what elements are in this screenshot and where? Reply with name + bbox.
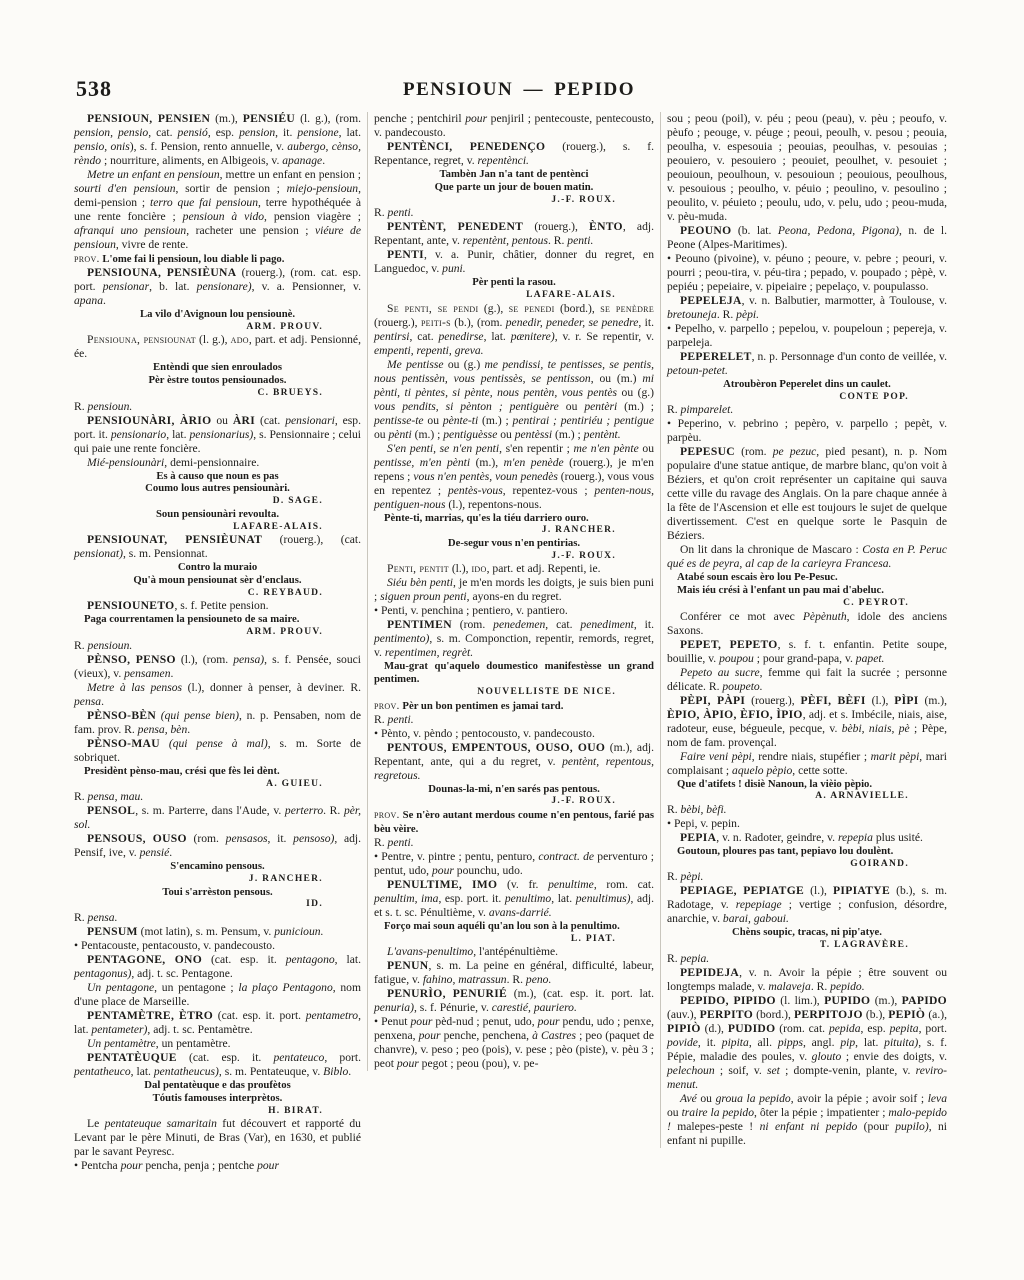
quote-line: Paga courrentamen la pensiouneto de sa m… xyxy=(74,613,361,626)
column-3: sou ; peou (poil), v. péu ; peou (peau),… xyxy=(660,112,947,1148)
dictionary-paragraph: • Pentcha pour pencha, penja ; pentche p… xyxy=(74,1159,361,1173)
quote-attribution: J.-F. ROUX. xyxy=(374,550,654,563)
dictionary-entry-paragraph: PENSIOUNA, PENSIÈUNA (rouerg.), (rom. ca… xyxy=(74,266,361,308)
dictionary-entry-paragraph: PÈNSO-BÈN (qui pense bien), n. p. Pensab… xyxy=(74,709,361,737)
dictionary-paragraph: • Pepelho, v. parpello ; pepelou, v. pou… xyxy=(667,322,947,350)
verse-line: Atroubèron Peperelet dins un caulet. xyxy=(667,378,947,391)
dictionary-entry-paragraph: Se penti, se pendi (g.), se penedi (bord… xyxy=(374,302,654,358)
verse-line: Dounas-la-mi, n'en sarés pas pentous. xyxy=(374,783,654,796)
dictionary-paragraph: • Peperino, v. pebrino ; pepèro, v. parp… xyxy=(667,417,947,445)
dictionary-entry-paragraph: Pepeto au sucre, femme qui fait la sucré… xyxy=(667,666,947,694)
quote-attribution: J.-F. ROUX. xyxy=(374,194,654,207)
quote-line: Atabé soun escais èro lou Pe-Pesuc. xyxy=(667,571,947,584)
dictionary-entry-paragraph: PEPIA, v. n. Radoter, geindre, v. repepi… xyxy=(667,831,947,845)
dictionary-entry-paragraph: PENSOUS, OUSO (rom. pensasos, it. pensos… xyxy=(74,832,361,860)
dictionary-entry-paragraph: Metre à las pensos (l.), donner à penser… xyxy=(74,681,361,709)
column-1: PENSIOUN, PENSIEN (m.), PENSIÉU (l. g.),… xyxy=(74,112,361,1173)
dictionary-entry-paragraph: Conférer ce mot avec Pèpènuth, idole des… xyxy=(667,610,947,638)
dictionary-entry-paragraph: On lit dans la chronique de Mascaro : Co… xyxy=(667,543,947,571)
verse-line: Soun pensiounàri revoulta. xyxy=(74,508,361,521)
verse-line: Dal pentatèuque e das proufètos xyxy=(74,1079,361,1092)
dictionary-paragraph: R. penti. xyxy=(374,836,654,850)
dictionary-entry-paragraph: PEPESUC (rom. pe pezuc, pied pesant), n.… xyxy=(667,445,947,543)
dictionary-paragraph: prov. Se n'èro autant merdous coume n'en… xyxy=(374,808,654,836)
dictionary-entry-paragraph: PÈPI, PÀPI (rouerg.), PÈFI, BÈFI (l.), P… xyxy=(667,694,947,750)
dictionary-entry-paragraph: PENTOUS, EMPENTOUS, OUSO, OUO (m.), adj.… xyxy=(374,741,654,783)
verse-line: S'encamino pensous. xyxy=(74,860,361,873)
dictionary-paragraph: R. penti. xyxy=(374,206,654,220)
dictionary-entry-paragraph: S'en penti, se n'en penti, s'en repentir… xyxy=(374,442,654,512)
quote-attribution: J. RANCHER. xyxy=(374,524,654,537)
dictionary-paragraph: • Penti, v. penchina ; pentiero, v. pant… xyxy=(374,604,654,618)
dictionary-entry-paragraph: PENTIMEN (rom. penedemen, cat. penedimen… xyxy=(374,618,654,660)
dictionary-paragraph: • Pepi, v. pepin. xyxy=(667,817,947,831)
dictionary-entry-paragraph: PEPIAGE, PEPIATGE (l.), PIPIATYE (b.), s… xyxy=(667,884,947,926)
verse-line: Pèr penti la rasou. xyxy=(374,276,654,289)
quote-attribution: C. BRUEYS. xyxy=(74,387,361,400)
dictionary-entry-paragraph: PEPET, PEPETO, s. f. t. enfantin. Petite… xyxy=(667,638,947,666)
dictionary-paragraph: • Peouno (pivoine), v. péuno ; peoure, v… xyxy=(667,252,947,294)
quote-line: Pènte-ti, marrias, qu'es la tiéu darrier… xyxy=(374,512,654,525)
dictionary-paragraph: R. pensa. xyxy=(74,911,361,925)
dictionary-entry-paragraph: PENTÈNT, PENEDENT (rouerg.), ÈNTO, adj. … xyxy=(374,220,654,248)
dictionary-paragraph: R. pimparelet. xyxy=(667,403,947,417)
dictionary-entry-paragraph: Avé ou groua la pepido, avoir la pépie ;… xyxy=(667,1092,947,1148)
dictionary-entry-paragraph: PENTATÈUQUE (cat. esp. it. pentateuco, p… xyxy=(74,1051,361,1079)
dictionary-entry-paragraph: PEPIDO, PIPIDO (l. lim.), PUPIDO (m.), P… xyxy=(667,994,947,1092)
dictionary-paragraph: • Pentre, v. pintre ; pentu, penturo, co… xyxy=(374,850,654,878)
dictionary-entry-paragraph: L'avans-penultimo, l'antépénultième. xyxy=(374,945,654,959)
verse-line: Contro la muraio xyxy=(74,561,361,574)
dictionary-paragraph: R. pèpi. xyxy=(667,870,947,884)
dictionary-paragraph: prov. Pèr un bon pentimen es jamai tard. xyxy=(374,699,654,713)
quote-line: Presidènt pènso-mau, crési que fès lei d… xyxy=(74,765,361,778)
quote-attribution: H. BIRAT. xyxy=(74,1105,361,1118)
dictionary-entry-paragraph: Un pentamètre, un pentamètre. xyxy=(74,1037,361,1051)
quote-line: Que d'atifets ! disiè Nanoun, la vièio p… xyxy=(667,778,947,791)
verse-line: Coumo lous autres pensiounàri. xyxy=(74,482,361,495)
quote-attribution: ID. xyxy=(74,898,361,911)
dictionary-entry-paragraph: Me pentisse ou (g.) me pendissi, te pent… xyxy=(374,358,654,442)
quote-attribution: NOUVELLISTE DE NICE. xyxy=(374,686,654,699)
verse-line: Entèndi que sien enroulados xyxy=(74,361,361,374)
dictionary-entry-paragraph: Metre un enfant en pensioun, mettre un e… xyxy=(74,168,361,252)
verse-line: Tambèn Jan n'a tant de pentènci xyxy=(374,168,654,181)
verse-line: La vilo d'Avignoun lou pensiounè. xyxy=(74,308,361,321)
dictionary-entry-paragraph: PÈNSO, PENSO (l.), (rom. pensa), s. f. P… xyxy=(74,653,361,681)
dictionary-entry-paragraph: PENSIOUNÀRI, ÀRIO ou ÀRI (cat. pensionar… xyxy=(74,414,361,456)
quote-attribution: ARM. PROUV. xyxy=(74,321,361,334)
dictionary-entry-paragraph: PEOUNO (b. lat. Peona, Pedona, Pigona), … xyxy=(667,224,947,252)
quote-attribution: ARM. PROUV. xyxy=(74,626,361,639)
text-columns: PENSIOUN, PENSIEN (m.), PENSIÉU (l. g.),… xyxy=(74,112,964,1173)
dictionary-entry-paragraph: PENTAMÈTRE, ÈTRO (cat. esp. it. port. pe… xyxy=(74,1009,361,1037)
quote-attribution: A. ARNAVIELLE. xyxy=(667,790,947,803)
verse-line: Tóutis famouses interprètos. xyxy=(74,1092,361,1105)
quote-attribution: LAFARE-ALAIS. xyxy=(374,289,654,302)
verse-line: Chèns soupic, tracas, ni pip'atye. xyxy=(667,926,947,939)
dictionary-entry-paragraph: Un pentagone, un pentagone ; la plaço Pe… xyxy=(74,981,361,1009)
dictionary-entry-paragraph: Le pentateuque samaritain fut découvert … xyxy=(74,1117,361,1159)
page-header: 538 PENSIOUN — PEPIDO xyxy=(74,76,964,106)
dictionary-paragraph: R. penti. xyxy=(374,713,654,727)
quote-attribution: T. LAGRAVÈRE. xyxy=(667,939,947,952)
dictionary-paragraph: • Penut pour pèd-nud ; penut, udo, pour … xyxy=(374,1015,654,1071)
dictionary-entry-paragraph: PENTÈNCI, PENEDENÇO (rouerg.), s. f. Rep… xyxy=(374,140,654,168)
dictionary-paragraph: prov. L'ome fai li pensioun, lou diable … xyxy=(74,252,361,266)
dictionary-entry-paragraph: PENURÌO, PENURIÉ (m.), (cat. esp. it. po… xyxy=(374,987,654,1015)
column-2: penche ; pentchiril pour penjiril ; pent… xyxy=(367,112,654,1071)
quote-attribution: J. RANCHER. xyxy=(74,873,361,886)
quote-line: Goutoun, ploures pas tant, pepiavo lou d… xyxy=(667,845,947,858)
dictionary-entry-paragraph: PEPIDEJA, v. n. Avoir la pépie ; être so… xyxy=(667,966,947,994)
dictionary-entry-paragraph: PÈNSO-MAU (qui pense à mal), s. m. Sorte… xyxy=(74,737,361,765)
quote-attribution: CONTE POP. xyxy=(667,391,947,404)
dictionary-paragraph: penche ; pentchiril pour penjiril ; pent… xyxy=(374,112,654,140)
dictionary-entry-paragraph: Siéu bèn penti, je m'en mords les doigts… xyxy=(374,576,654,604)
dictionary-entry-paragraph: PENSIOUNETO, s. f. Petite pension. xyxy=(74,599,361,613)
dictionary-entry-paragraph: PENTAGONE, ONO (cat. esp. it. pentagono,… xyxy=(74,953,361,981)
dictionary-entry-paragraph: PEPELEJA, v. n. Balbutier, marmotter, à … xyxy=(667,294,947,322)
quote-line: Mau-grat qu'aquelo doumestico manifestès… xyxy=(374,660,654,686)
quote-line: Forço mai soun aquéli qu'an lou son à la… xyxy=(374,920,654,933)
verse-line: Que parte un jour de bouen matin. xyxy=(374,181,654,194)
dictionary-entry-paragraph: Faire veni pèpi, rendre niais, stupéfier… xyxy=(667,750,947,778)
dictionary-paragraph: R. pensa, mau. xyxy=(74,790,361,804)
dictionary-entry-paragraph: PENUN, s. m. La peine en général, diffic… xyxy=(374,959,654,987)
quote-attribution: L. PIAT. xyxy=(374,933,654,946)
dictionary-entry-paragraph: Penti, pentit (l.), ido, part. et adj. R… xyxy=(374,562,654,576)
dictionary-paragraph: R. pepia. xyxy=(667,952,947,966)
dictionary-page: 538 PENSIOUN — PEPIDO PENSIOUN, PENSIEN … xyxy=(0,0,1024,1280)
dictionary-entry-paragraph: Pensiouna, pensiounat (l. g.), ado, part… xyxy=(74,333,361,361)
dictionary-entry-paragraph: PENTI, v. a. Punir, châtier, donner du r… xyxy=(374,248,654,276)
dictionary-paragraph: R. bèbi, bèfi. xyxy=(667,803,947,817)
dictionary-entry-paragraph: PEPERELET, n. p. Personnage d'un conto d… xyxy=(667,350,947,378)
dictionary-entry-paragraph: PENSIOUN, PENSIEN (m.), PENSIÉU (l. g.),… xyxy=(74,112,361,168)
dictionary-entry-paragraph: PENSUM (mot latin), s. m. Pensum, v. pun… xyxy=(74,925,361,939)
dictionary-entry-paragraph: PENSIOUNAT, PENSIÈUNAT (rouerg.), (cat. … xyxy=(74,533,361,561)
dictionary-paragraph: • Pentacouste, pentacousto, v. pandecous… xyxy=(74,939,361,953)
verse-line: Pèr èstre toutos pensiounados. xyxy=(74,374,361,387)
quote-attribution: LAFARE-ALAIS. xyxy=(74,521,361,534)
quote-attribution: C. REYBAUD. xyxy=(74,587,361,600)
verse-line: Es à causo que noun es pas xyxy=(74,470,361,483)
dictionary-entry-paragraph: PENSOL, s. m. Parterre, dans l'Aude, v. … xyxy=(74,804,361,832)
quote-attribution: D. SAGE. xyxy=(74,495,361,508)
dictionary-paragraph: sou ; peou (poil), v. péu ; peou (peau),… xyxy=(667,112,947,224)
quote-attribution: J.-F. ROUX. xyxy=(374,795,654,808)
dictionary-paragraph: R. pensioun. xyxy=(74,400,361,414)
verse-line: Toui s'arrèston pensous. xyxy=(74,886,361,899)
dictionary-paragraph: R. pensioun. xyxy=(74,639,361,653)
quote-attribution: GOIRAND. xyxy=(667,858,947,871)
quote-line: Mais iéu crési à l'enfant un pau mai d'a… xyxy=(667,584,947,597)
dictionary-paragraph: • Pènto, v. pèndo ; pentocousto, v. pand… xyxy=(374,727,654,741)
dictionary-entry-paragraph: Mié-pensiounàri, demi-pensionnaire. xyxy=(74,456,361,470)
quote-attribution: C. PEYROT. xyxy=(667,597,947,610)
verse-line: Qu'à moun pensiounat sèr d'enclaus. xyxy=(74,574,361,587)
quote-attribution: A. GUIEU. xyxy=(74,778,361,791)
running-title: PENSIOUN — PEPIDO xyxy=(74,79,964,101)
dictionary-entry-paragraph: PENULTIME, IMO (v. fr. penultime, rom. c… xyxy=(374,878,654,920)
verse-line: De-segur vous n'en pentirias. xyxy=(374,537,654,550)
